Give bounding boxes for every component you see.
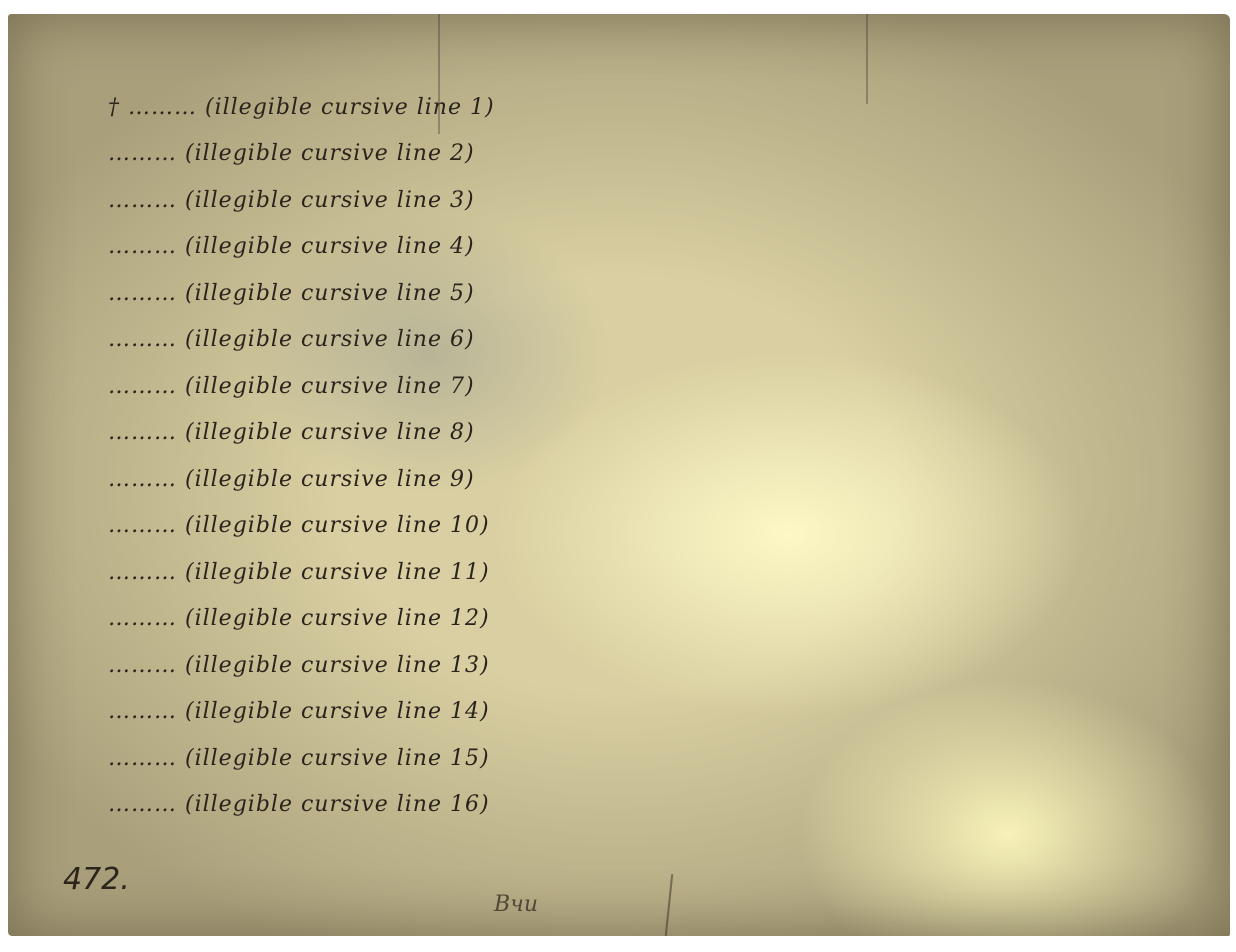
text-line: ……… (illegible cursive line 16) [108,782,1178,829]
text-line: ……… (illegible cursive line 14) [108,689,1178,736]
text-line: ……… (illegible cursive line 2) [108,131,1178,178]
text-line: † ……… (illegible cursive line 1) [108,84,1178,131]
text-line: ……… (illegible cursive line 11) [108,549,1178,596]
manuscript-text-block: † ……… (illegible cursive line 1) ……… (il… [108,84,1178,828]
text-line: ……… (illegible cursive line 3) [108,177,1178,224]
text-line: ……… (illegible cursive line 5) [108,270,1178,317]
manuscript-page: † ……… (illegible cursive line 1) ……… (il… [8,14,1230,936]
text-line: ……… (illegible cursive line 12) [108,596,1178,643]
text-line: ……… (illegible cursive line 7) [108,363,1178,410]
text-line: ……… (illegible cursive line 8) [108,410,1178,457]
bottom-mark: Вчи [494,892,538,917]
text-line: ……… (illegible cursive line 13) [108,642,1178,689]
text-line: ……… (illegible cursive line 10) [108,503,1178,550]
text-line: ……… (illegible cursive line 6) [108,317,1178,364]
text-line: ……… (illegible cursive line 15) [108,735,1178,782]
text-line: ……… (illegible cursive line 9) [108,456,1178,503]
tear-mark [665,874,673,936]
text-line: ……… (illegible cursive line 4) [108,224,1178,271]
page-number: 472. [63,862,130,897]
